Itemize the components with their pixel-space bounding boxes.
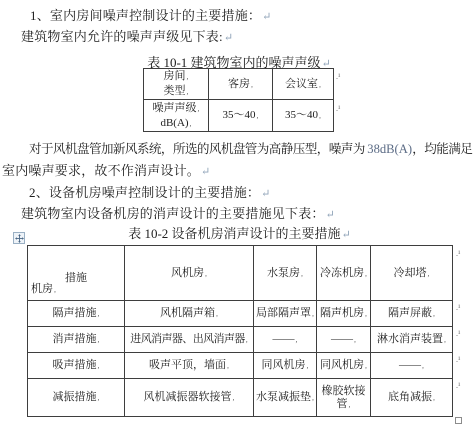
table2-row-vibration-damping: 减振措施, 风机减振器软接管, 水泵减振垫, 橡胶软接管, 底角减振, xyxy=(28,379,453,417)
cell-text: —— xyxy=(399,359,421,371)
t2-cell[interactable]: ——, xyxy=(254,327,317,353)
row-end-mark: .¹ xyxy=(336,73,340,81)
cell-text: 风机减振器软接管 xyxy=(144,391,232,403)
t2-cell[interactable]: 同风机房, xyxy=(317,353,371,379)
move-arrows-icon xyxy=(15,234,24,243)
t1-cell-guest-room-value[interactable]: 35～40, xyxy=(209,100,273,132)
paragraph-text: ，均能满足 xyxy=(412,142,472,156)
cell-text: 客房 xyxy=(228,78,250,90)
t2-cell[interactable]: 吸声平顶，墙面, xyxy=(125,353,254,379)
t2-label-silencing[interactable]: 消声措施, xyxy=(28,327,125,353)
cell-end-mark: , xyxy=(227,361,229,370)
table2-row-sound-insulation: 隔声措施, 风机隔声箱, 局部隔声罩, 隔声机房, 隔声屏蔽, xyxy=(28,301,453,327)
cell-text: dB(A) xyxy=(160,117,188,129)
table2-header-row: 措施 机房, 风机房, 水泵房, 冷冻机房, 冷却塔, xyxy=(28,246,453,301)
cell-text: 隔声措施 xyxy=(53,307,97,319)
cell-end-mark: , xyxy=(354,335,356,344)
t2-label-vibration-damping[interactable]: 减振措施, xyxy=(28,379,125,417)
t2-cell[interactable]: 橡胶软接管, xyxy=(317,379,371,417)
cell-end-mark: , xyxy=(190,119,192,128)
cell-end-mark: , xyxy=(428,269,430,278)
cell-text: 减振措施 xyxy=(53,391,97,403)
row-end-mark: .¹ xyxy=(456,250,460,258)
paragraph-text: 2、设备机房噪声控制设计的主要措施： xyxy=(29,185,260,200)
cell-end-mark: , xyxy=(233,393,235,402)
cell-text: 局部隔声罩 xyxy=(256,307,311,319)
paragraph-text: 室内噪声要求，故不作消声设计。 xyxy=(2,163,200,178)
t2-cell[interactable]: ——, xyxy=(371,353,453,379)
row-end-mark: .¹ xyxy=(456,304,460,312)
cell-text: 隔声屏蔽 xyxy=(388,307,432,319)
cell-text: 吸声平顶，墙面 xyxy=(149,359,226,371)
cell-end-mark: , xyxy=(365,361,367,370)
paragraph-fan-coil-line2[interactable]: 室内噪声要求，故不作消声设计。↵ xyxy=(2,163,210,180)
cell-text: 冷却塔 xyxy=(394,267,427,279)
table-10-2: 措施 机房, 风机房, 水泵房, 冷冻机房, 冷却塔, 隔声措施, 风机隔声箱,… xyxy=(27,245,453,417)
cell-text: 隔声机房 xyxy=(320,307,364,319)
cell-text: 35～40 xyxy=(285,109,318,121)
t2-cell[interactable]: 同风机房, xyxy=(254,353,317,379)
t2-cell[interactable]: 水泵减振垫, xyxy=(254,379,317,417)
paragraph-mark: ↵ xyxy=(326,209,335,221)
cell-text: 风机房 xyxy=(171,267,204,279)
cell-end-mark: , xyxy=(257,111,259,120)
t2-header-cooling-tower[interactable]: 冷却塔, xyxy=(371,246,453,301)
cell-text: 类型 xyxy=(164,85,186,97)
paragraph-fan-coil-line1[interactable]: 对于风机盘管加新风系统，所选的风机盘管为高静压型，噪声为 38dB(A)，均能满… xyxy=(29,141,472,157)
paragraph-equipment-room-heading[interactable]: 2、设备机房噪声控制设计的主要措施：↵ xyxy=(29,185,270,202)
cell-end-mark: , xyxy=(312,393,314,402)
t1-cell-noise-level-label[interactable]: 噪声声级, dB(A), xyxy=(144,100,209,132)
table2-title-text: 表 10-2 设备机房消声设计的主要措施 xyxy=(128,226,340,241)
t1-cell-meeting-room[interactable]: 会议室, xyxy=(273,69,334,100)
cell-end-mark: , xyxy=(98,393,100,402)
t2-cell[interactable]: 风机隔声箱, xyxy=(125,301,254,327)
row-end-mark: .¹ xyxy=(456,382,460,390)
t1-cell-room-type[interactable]: 房间, 类型, xyxy=(144,69,209,100)
paragraph-mark: ↵ xyxy=(342,229,351,241)
cell-end-mark: , xyxy=(365,309,367,318)
cell-text: 机房 xyxy=(31,283,53,295)
cell-text: 底角减振 xyxy=(388,391,432,403)
table1-value-row: 噪声声级, dB(A), 35～40, 35～40, xyxy=(144,100,334,132)
cell-end-mark: , xyxy=(198,104,200,113)
document-page: 1、室内房间噪声控制设计的主要措施：↵ 建筑物室内允许的噪声声级见下表:↵ 表 … xyxy=(0,0,475,425)
t2-cell[interactable]: 淋水消声装置, xyxy=(371,327,453,353)
paragraph-text: 1、室内房间噪声控制设计的主要措施： xyxy=(30,8,261,23)
row-end-mark: .¹ xyxy=(336,105,340,113)
paragraph-indoor-noise-heading[interactable]: 1、室内房间噪声控制设计的主要措施：↵ xyxy=(30,8,271,25)
cell-text: 橡胶软接管 xyxy=(322,385,366,410)
cell-text: 房间 xyxy=(164,70,186,82)
t2-cell[interactable]: 局部隔声罩, xyxy=(254,301,317,327)
paragraph-text: 建筑物室内允许的噪声声级见下表: xyxy=(21,29,223,44)
t2-label-sound-absorption[interactable]: 吸声措施, xyxy=(28,353,125,379)
cell-text: 冷冻机房 xyxy=(320,267,364,279)
cell-end-mark: , xyxy=(319,111,321,120)
paragraph-allowed-noise-intro[interactable]: 建筑物室内允许的噪声声级见下表:↵ xyxy=(21,29,233,46)
cell-end-mark: , xyxy=(205,269,207,278)
cell-end-mark: , xyxy=(187,87,189,96)
cell-end-mark: , xyxy=(307,361,309,370)
cell-end-mark: , xyxy=(301,269,303,278)
cell-text: —— xyxy=(331,333,353,345)
t2-header-pump-room[interactable]: 水泵房, xyxy=(254,246,317,301)
cell-end-mark: , xyxy=(216,309,218,318)
t2-cell[interactable]: 隔声机房, xyxy=(317,301,371,327)
t1-cell-meeting-room-value[interactable]: 35～40, xyxy=(273,100,334,132)
t2-cell[interactable]: 隔声屏蔽, xyxy=(371,301,453,327)
t2-cell[interactable]: ——, xyxy=(317,327,371,353)
cell-end-mark: , xyxy=(312,309,314,318)
paragraph-text: 建筑物室内设备机房的消声设计的主要措施见下表： xyxy=(21,206,325,221)
cell-end-mark: , xyxy=(365,269,367,278)
cell-end-mark: , xyxy=(433,393,435,402)
row-end-mark: .¹ xyxy=(456,330,460,338)
cell-text: —— xyxy=(273,333,295,345)
t2-header-chiller-room[interactable]: 冷冻机房, xyxy=(317,246,371,301)
cell-text: 同风机房 xyxy=(262,359,306,371)
t2-corner-cell[interactable]: 措施 机房, xyxy=(28,246,125,301)
t2-cell[interactable]: 进风消声器、出风消声器, xyxy=(125,327,254,353)
cell-end-mark: , xyxy=(349,400,351,409)
cell-text: 吸声措施 xyxy=(53,359,97,371)
table2-title[interactable]: 表 10-2 设备机房消声设计的主要措施↵ xyxy=(27,226,452,243)
row-end-mark: .¹ xyxy=(456,356,460,364)
cell-end-mark: , xyxy=(98,335,100,344)
cell-text: 水泵房 xyxy=(267,267,300,279)
table2-row-sound-absorption: 吸声措施, 吸声平顶，墙面, 同风机房, 同风机房, ——, xyxy=(28,353,453,379)
table-resize-handle[interactable] xyxy=(455,417,462,424)
cell-end-mark: , xyxy=(296,335,298,344)
paragraph-mark: ↵ xyxy=(224,32,233,44)
cell-end-mark: , xyxy=(98,309,100,318)
paragraph-mark: ↵ xyxy=(262,11,271,23)
paragraph-mark: ↵ xyxy=(201,166,210,178)
cell-end-mark: , xyxy=(246,335,248,344)
cell-text: 噪声声级 xyxy=(153,102,197,114)
t1-cell-guest-room[interactable]: 客房, xyxy=(209,69,273,100)
noise-value-text: 38dB(A) xyxy=(367,142,412,156)
table2-row-silencing: 消声措施, 进风消声器、出风消声器, ——, ——, 淋水消声装置, xyxy=(28,327,453,353)
cell-end-mark: , xyxy=(251,80,253,89)
cell-text: 会议室 xyxy=(285,78,318,90)
t2-cell[interactable]: 底角减振, xyxy=(371,379,453,417)
cell-text: 水泵减振垫 xyxy=(256,391,311,403)
cell-end-mark: , xyxy=(433,309,435,318)
t2-header-fan-room[interactable]: 风机房, xyxy=(125,246,254,301)
paragraph-equipment-room-intro[interactable]: 建筑物室内设备机房的消声设计的主要措施见下表：↵ xyxy=(21,206,335,223)
cell-text: 进风消声器、出风消声器 xyxy=(130,333,244,345)
cell-text: 措施 xyxy=(28,262,124,285)
paragraph-text: 对于风机盘管加新风系统，所选的风机盘管为高静压型，噪声为 xyxy=(29,142,367,156)
t2-label-sound-insulation[interactable]: 隔声措施, xyxy=(28,301,125,327)
t2-cell[interactable]: 风机减振器软接管, xyxy=(125,379,254,417)
paragraph-mark: ↵ xyxy=(261,188,270,200)
cell-text: 风机隔声箱 xyxy=(160,307,215,319)
cell-end-mark: , xyxy=(444,335,446,344)
cell-text: 同风机房 xyxy=(320,359,364,371)
cell-end-mark: , xyxy=(422,361,424,370)
table-10-1: 房间, 类型, 客房, 会议室, 噪声声级, dB(A), 35～40, 35～… xyxy=(143,68,334,132)
cell-text: 35～40 xyxy=(223,109,256,121)
cell-text: 淋水消声装置 xyxy=(377,333,443,345)
cell-end-mark: , xyxy=(319,80,321,89)
cell-end-mark: , xyxy=(98,361,100,370)
table1-header-row: 房间, 类型, 客房, 会议室, xyxy=(144,69,334,100)
cell-text: 消声措施 xyxy=(53,333,97,345)
cell-end-mark: , xyxy=(54,285,56,294)
table-move-handle[interactable] xyxy=(13,232,25,244)
cell-end-mark: , xyxy=(187,72,189,81)
